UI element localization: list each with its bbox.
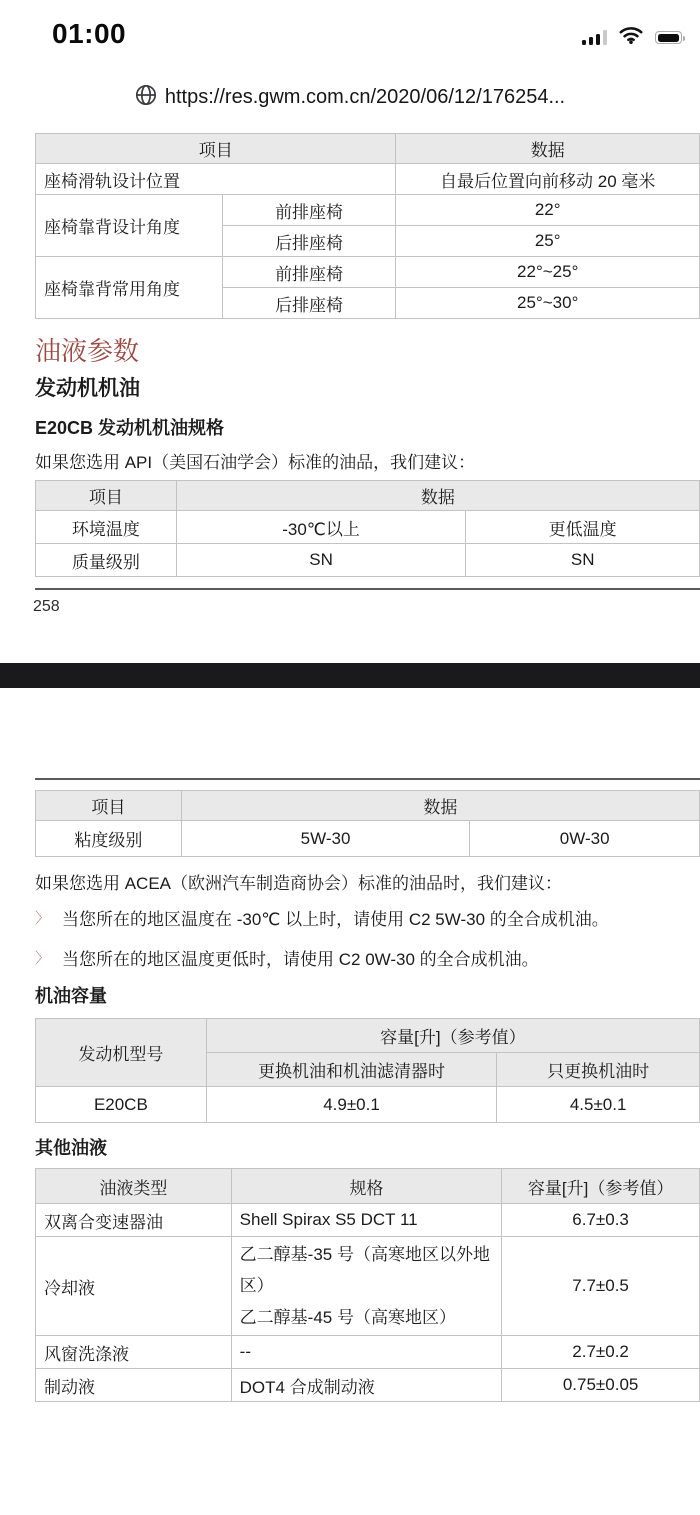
quality-grade-value1: SN: [176, 544, 466, 577]
usual-angle-rear-value: 25°~30°: [396, 288, 700, 319]
section-title-fluid-parameters: 油液参数: [35, 331, 139, 368]
table-row: 座椅靠背常用角度 前排座椅 22°~25°: [36, 257, 700, 288]
fluid-type: 冷却液: [36, 1237, 232, 1336]
engine-model-header: 发动机型号: [36, 1019, 207, 1087]
table-row: E20CB 4.9±0.1 4.5±0.1: [36, 1087, 700, 1123]
page-divider-bar: [0, 663, 700, 688]
table-row: 粘度级别 5W-30 0W-30: [36, 821, 700, 857]
subheader-oil-only: 只更换机油时: [497, 1053, 700, 1087]
acea-intro-text: 如果您选用 ACEA（欧洲汽车制造商协会）标准的油品时，我们建议：: [35, 869, 562, 894]
table-header-row: 项目 数据: [36, 791, 700, 821]
acea-bullet-1: 〉 当您所在的地区温度在 -30℃ 以上时，请使用 C2 5W-30 的全合成机…: [35, 905, 609, 930]
viscosity-value1: 5W-30: [181, 821, 470, 857]
coolant-spec-cold: 乙二醇基-45 号（高寒地区）: [240, 1302, 494, 1333]
acea-bullet-2: 〉 当您所在的地区温度更低时，请使用 C2 0W-30 的全合成机油。: [35, 945, 539, 970]
chevron-bullet-icon: 〉: [35, 905, 50, 930]
fluid-spec: 乙二醇基-35 号（高寒地区以外地区） 乙二醇基-45 号（高寒地区）: [231, 1237, 502, 1336]
design-angle-front-value: 22°: [396, 195, 700, 226]
fluid-spec: DOT4 合成制动液: [231, 1369, 502, 1402]
quality-grade-value2: SN: [466, 544, 700, 577]
page-footer-rule: [35, 588, 700, 590]
fluid-type: 制动液: [36, 1369, 232, 1402]
heading-oil-capacity: 机油容量: [35, 982, 107, 1008]
col-header-capacity: 容量[升]（参考值）: [502, 1169, 700, 1204]
usual-angle-label: 座椅靠背常用角度: [36, 257, 223, 319]
table-row: 环境温度 -30℃以上 更低温度: [36, 511, 700, 544]
wifi-icon: [619, 26, 643, 49]
fluid-capacity: 6.7±0.3: [502, 1204, 700, 1237]
api-intro-text: 如果您选用 API（美国石油学会）标准的油品，我们建议：: [35, 448, 475, 473]
status-bar-time: 01:00: [52, 18, 126, 50]
table-header-row: 油液类型 规格 容量[升]（参考值）: [36, 1169, 700, 1204]
capacity-with-filter: 4.9±0.1: [206, 1087, 497, 1123]
fluid-type: 双离合变速器油: [36, 1204, 232, 1237]
heading-oil-spec: E20CB 发动机机油规格: [35, 414, 224, 440]
signal-bars-icon: [582, 30, 608, 45]
col-header-fluid-type: 油液类型: [36, 1169, 232, 1204]
design-angle-rear-label: 后排座椅: [222, 226, 396, 257]
design-angle-rear-value: 25°: [396, 226, 700, 257]
seat-slide-value: 自最后位置向前移动 20 毫米: [396, 164, 700, 195]
viscosity-table: 项目 数据 粘度级别 5W-30 0W-30: [35, 790, 700, 857]
ambient-temp-label: 环境温度: [36, 511, 177, 544]
address-bar[interactable]: https://res.gwm.com.cn/2020/06/12/176254…: [0, 84, 700, 111]
globe-icon: [135, 84, 157, 111]
table-row: 座椅靠背设计角度 前排座椅 22°: [36, 195, 700, 226]
table-header-row: 项目 数据: [36, 481, 700, 511]
subheader-oil-and-filter: 更换机油和机油滤清器时: [206, 1053, 497, 1087]
viscosity-value2: 0W-30: [470, 821, 700, 857]
oil-capacity-table: 发动机型号 容量[升]（参考值） 更换机油和机油滤清器时 只更换机油时 E20C…: [35, 1018, 700, 1123]
col-header-data: 数据: [181, 791, 699, 821]
fluid-type: 风窗洗涤液: [36, 1336, 232, 1369]
api-oil-table: 项目 数据 环境温度 -30℃以上 更低温度 质量级别 SN SN: [35, 480, 700, 577]
ambient-temp-value1: -30℃以上: [176, 511, 466, 544]
table-row: 双离合变速器油 Shell Spirax S5 DCT 11 6.7±0.3: [36, 1204, 700, 1237]
fluid-capacity: 7.7±0.5: [502, 1237, 700, 1336]
status-bar-icons: [582, 26, 683, 49]
ambient-temp-value2: 更低温度: [466, 511, 700, 544]
table-row: 冷却液 乙二醇基-35 号（高寒地区以外地区） 乙二醇基-45 号（高寒地区） …: [36, 1237, 700, 1336]
usual-angle-front-value: 22°~25°: [396, 257, 700, 288]
col-header-item: 项目: [36, 791, 182, 821]
bullet-text: 当您所在的地区温度更低时，请使用 C2 0W-30 的全合成机油。: [62, 945, 539, 970]
col-header-item: 项目: [36, 134, 396, 164]
table-header-row: 项目 数据: [36, 134, 700, 164]
table-row: 风窗洗涤液 -- 2.7±0.2: [36, 1336, 700, 1369]
table-row: 制动液 DOT4 合成制动液 0.75±0.05: [36, 1369, 700, 1402]
table-row: 质量级别 SN SN: [36, 544, 700, 577]
other-fluids-table: 油液类型 规格 容量[升]（参考值） 双离合变速器油 Shell Spirax …: [35, 1168, 700, 1402]
table-header-row: 发动机型号 容量[升]（参考值）: [36, 1019, 700, 1053]
engine-model-value: E20CB: [36, 1087, 207, 1123]
fluid-capacity: 0.75±0.05: [502, 1369, 700, 1402]
viscosity-grade-label: 粘度级别: [36, 821, 182, 857]
usual-angle-front-label: 前排座椅: [222, 257, 396, 288]
seat-parameters-table: 项目 数据 座椅滑轨设计位置 自最后位置向前移动 20 毫米 座椅靠背设计角度 …: [35, 133, 700, 319]
capacity-header: 容量[升]（参考值）: [206, 1019, 699, 1053]
capacity-oil-only: 4.5±0.1: [497, 1087, 700, 1123]
url-text[interactable]: https://res.gwm.com.cn/2020/06/12/176254…: [165, 86, 565, 109]
design-angle-label: 座椅靠背设计角度: [36, 195, 223, 257]
seat-slide-label: 座椅滑轨设计位置: [36, 164, 396, 195]
fluid-capacity: 2.7±0.2: [502, 1336, 700, 1369]
col-header-item: 项目: [36, 481, 177, 511]
col-header-data: 数据: [176, 481, 699, 511]
usual-angle-rear-label: 后排座椅: [222, 288, 396, 319]
heading-other-fluids: 其他油液: [35, 1134, 107, 1160]
design-angle-front-label: 前排座椅: [222, 195, 396, 226]
battery-icon: [655, 31, 682, 44]
page-number: 258: [33, 598, 60, 616]
quality-grade-label: 质量级别: [36, 544, 177, 577]
col-header-data: 数据: [396, 134, 700, 164]
heading-engine-oil: 发动机机油: [35, 372, 140, 402]
col-header-spec: 规格: [231, 1169, 502, 1204]
fluid-spec: --: [231, 1336, 502, 1369]
fluid-spec: Shell Spirax S5 DCT 11: [231, 1204, 502, 1237]
bullet-text: 当您所在的地区温度在 -30℃ 以上时，请使用 C2 5W-30 的全合成机油。: [62, 905, 609, 930]
table-row: 座椅滑轨设计位置 自最后位置向前移动 20 毫米: [36, 164, 700, 195]
chevron-bullet-icon: 〉: [35, 945, 50, 970]
page-header-rule: [35, 778, 700, 780]
coolant-spec-normal: 乙二醇基-35 号（高寒地区以外地区）: [240, 1239, 494, 1302]
